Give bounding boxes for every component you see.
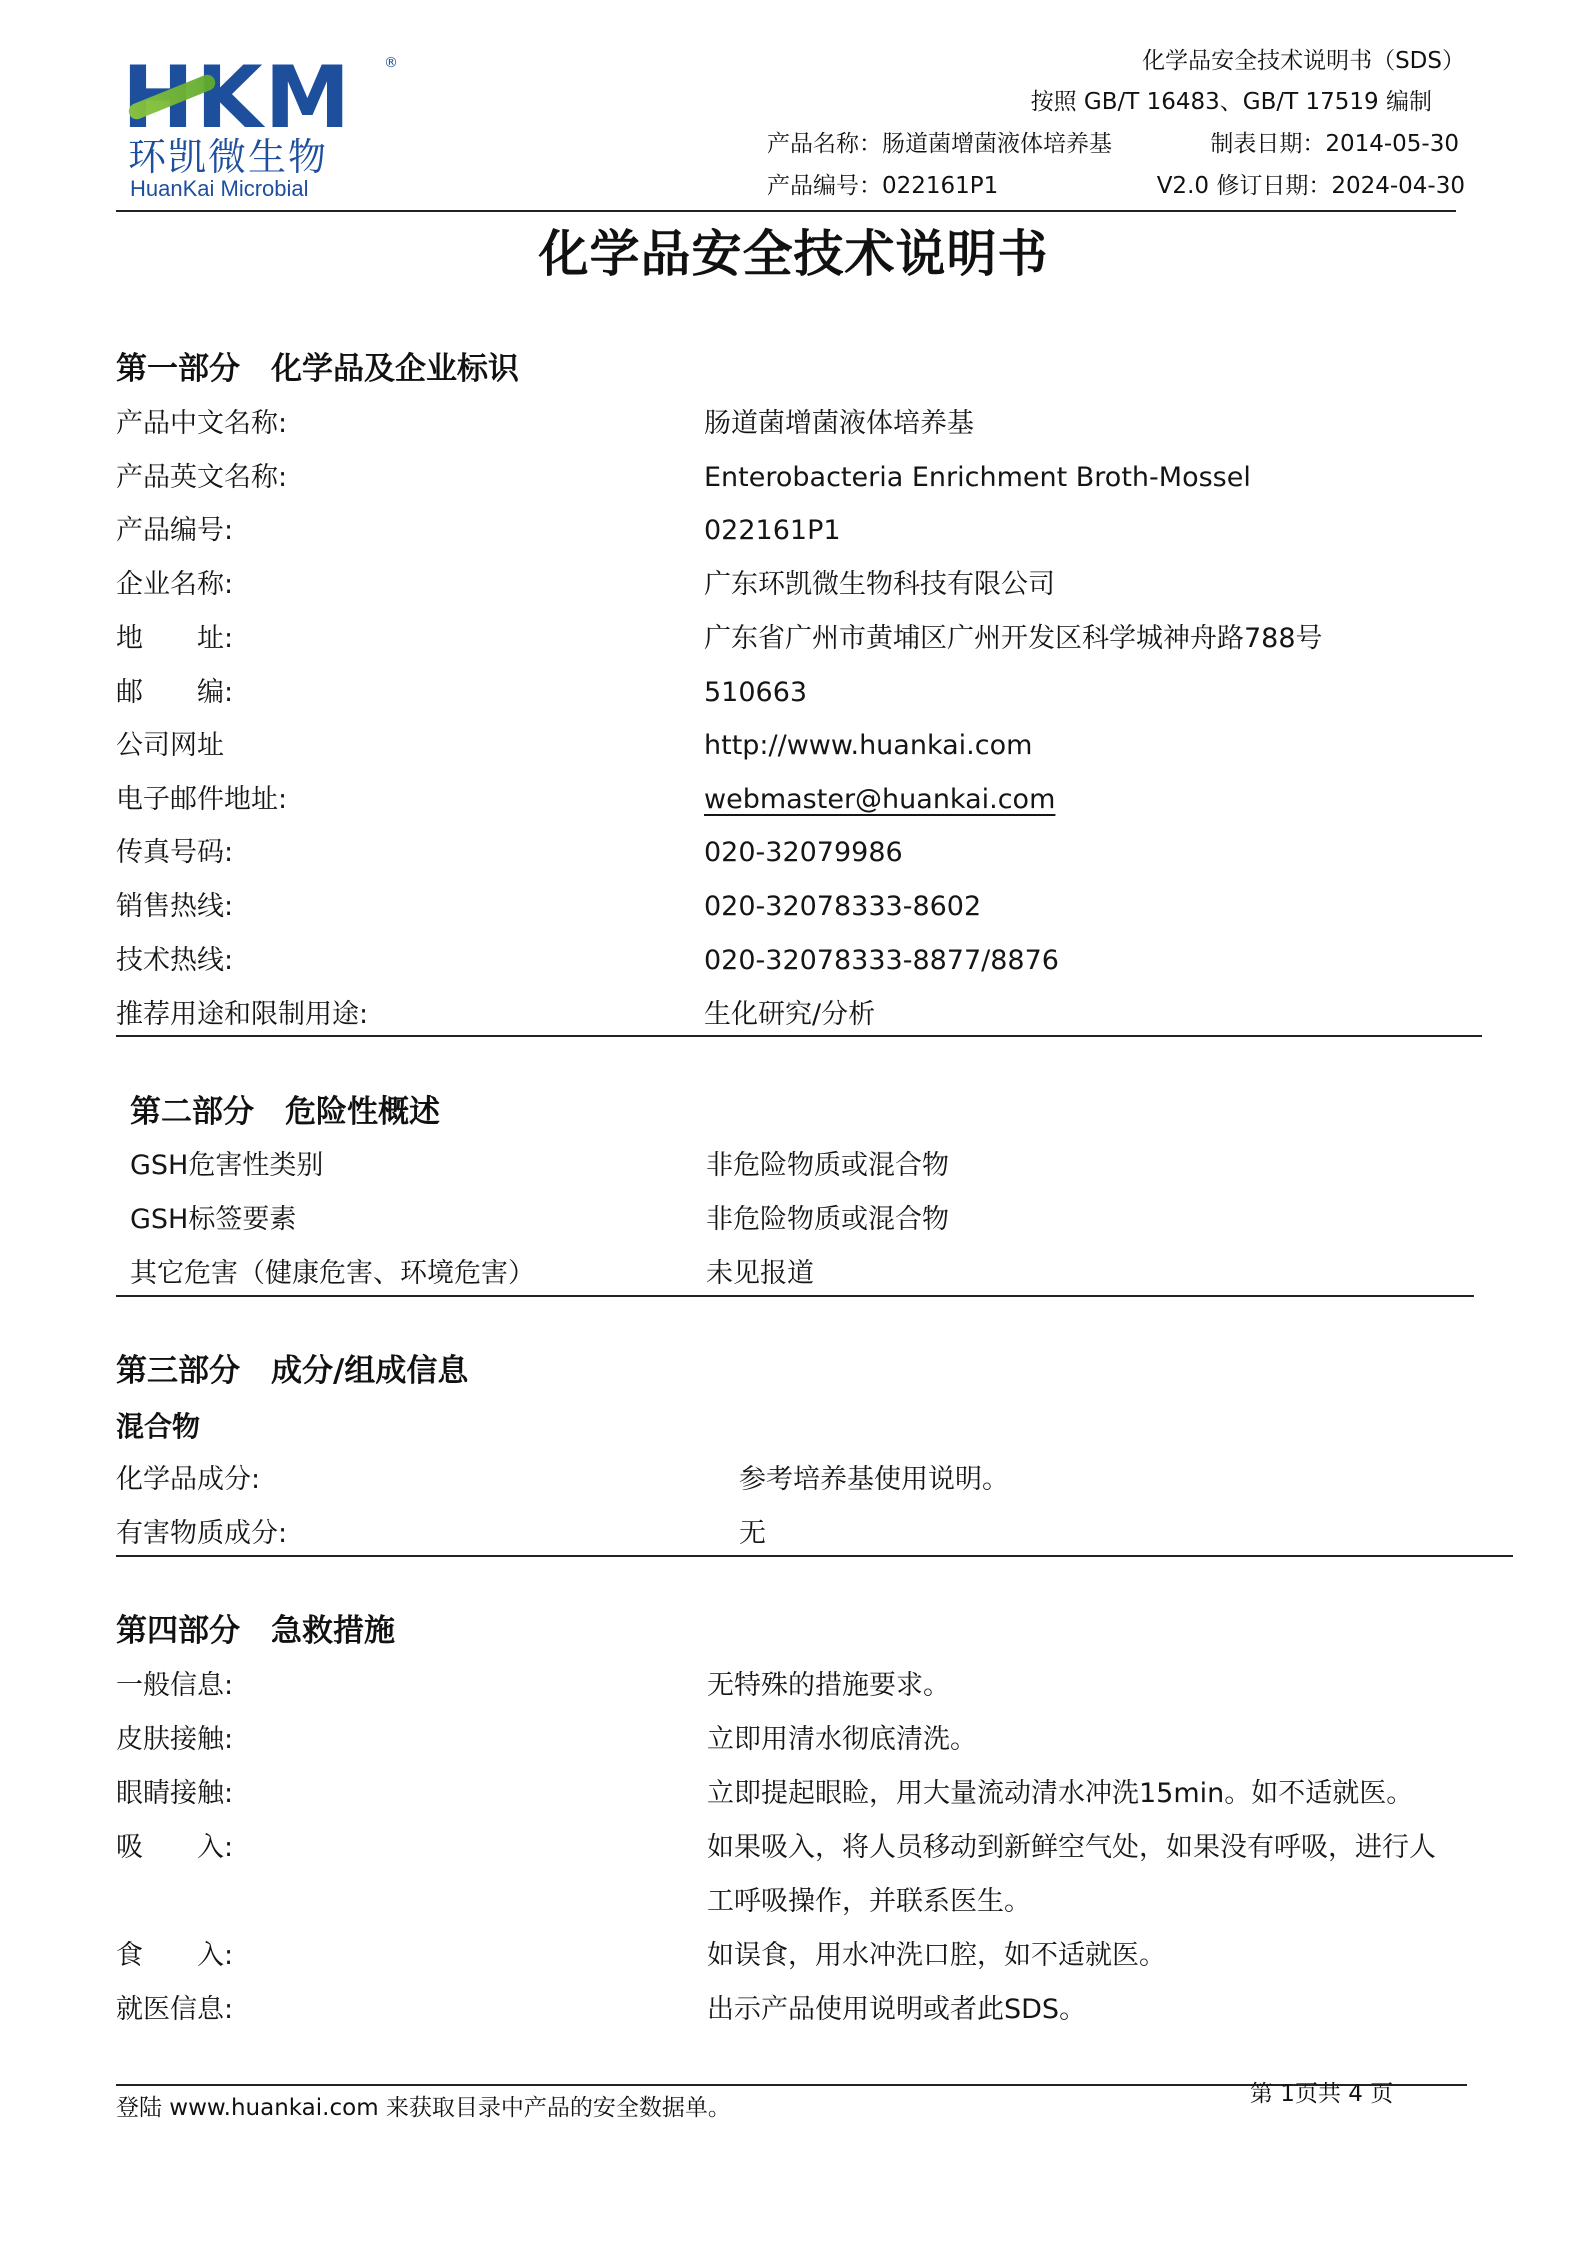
- row-label: 公司网址: [116, 728, 224, 764]
- row-label: 其它危害（健康危害、环境危害）: [130, 1256, 535, 1292]
- row-label: 皮肤接触:: [116, 1722, 233, 1758]
- row-value-continued: 工呼吸操作，并联系医生。: [707, 1884, 1031, 1920]
- row-label: 推荐用途和限制用途:: [116, 997, 368, 1033]
- header-revision: V2.0 修订日期：2024-04-30: [1157, 172, 1465, 200]
- row-label: 就医信息:: [116, 1992, 233, 2028]
- row-value: 未见报道: [706, 1256, 814, 1292]
- row-value: 022161P1: [704, 513, 841, 549]
- footer-note: 登陆 www.huankai.com 来获取目录中产品的安全数据单。: [116, 2094, 731, 2122]
- row-label: 企业名称:: [116, 567, 233, 603]
- row-label: 有害物质成分:: [116, 1516, 287, 1552]
- row-label: 销售热线:: [116, 889, 233, 925]
- logo-name-en: HuanKai Microbial: [130, 177, 309, 201]
- email-link[interactable]: webmaster@huankai.com: [704, 782, 1055, 818]
- section3-subheading: 混合物: [116, 1409, 200, 1445]
- row-value: 广东省广州市黄埔区广州开发区科学城神舟路788号: [704, 621, 1323, 657]
- section4-heading: 第四部分 急救措施: [116, 1611, 395, 1651]
- row-value: 出示产品使用说明或者此SDS。: [707, 1992, 1086, 2028]
- standard-reference: 按照 GB/T 16483、GB/T 17519 编制: [1031, 88, 1432, 116]
- row-value: 广东环凯微生物科技有限公司: [704, 567, 1055, 603]
- row-value: 020-32078333-8602: [704, 889, 981, 925]
- header-divider: [116, 210, 1456, 212]
- row-label: 地 址:: [116, 621, 233, 657]
- row-label: 眼睛接触:: [116, 1776, 233, 1812]
- section2-divider: [116, 1295, 1474, 1297]
- page-number: 第 1页共 4 页: [1250, 2080, 1393, 2108]
- row-value: 无: [739, 1516, 766, 1552]
- row-value: 生化研究/分析: [704, 997, 875, 1033]
- row-value: 020-32078333-8877/8876: [704, 943, 1059, 979]
- logo-name-cn: 环凯微生物: [128, 137, 328, 177]
- row-value: 参考培养基使用说明。: [739, 1462, 1009, 1498]
- row-value: 如果吸入，将人员移动到新鲜空气处，如果没有呼吸，进行人: [707, 1830, 1436, 1866]
- section1-divider: [116, 1035, 1482, 1037]
- row-label: 食 入:: [116, 1938, 233, 1974]
- row-value: 020-32079986: [704, 835, 903, 871]
- row-label: 邮 编:: [116, 675, 233, 711]
- row-label: 产品英文名称:: [116, 460, 287, 496]
- registered-mark: ®: [384, 55, 398, 71]
- section3-divider: [116, 1555, 1513, 1557]
- section1-heading: 第一部分 化学品及企业标识: [116, 349, 519, 389]
- row-value: 无特殊的措施要求。: [707, 1668, 950, 1704]
- row-value: 非危险物质或混合物: [706, 1202, 949, 1238]
- section2-heading: 第二部分 危险性概述: [130, 1092, 440, 1132]
- website-link[interactable]: http://www.huankai.com: [704, 728, 1032, 764]
- row-value: 510663: [704, 675, 807, 711]
- row-label: 电子邮件地址:: [116, 782, 287, 818]
- row-label: 化学品成分:: [116, 1462, 260, 1498]
- row-value: 如误食，用水冲洗口腔，如不适就医。: [707, 1938, 1166, 1974]
- page-title: 化学品安全技术说明书: [0, 224, 1587, 284]
- row-value: Enterobacteria Enrichment Broth-Mossel: [704, 460, 1251, 496]
- row-label: 产品中文名称:: [116, 406, 287, 442]
- row-label: 技术热线:: [116, 943, 233, 979]
- header-product-name: 产品名称：肠道菌增菌液体培养基: [767, 130, 1112, 158]
- doc-type: 化学品安全技术说明书（SDS）: [1142, 47, 1465, 75]
- row-value: 立即提起眼睑，用大量流动清水冲洗15min。如不适就医。: [707, 1776, 1413, 1812]
- row-label: 传真号码:: [116, 835, 233, 871]
- row-value: 非危险物质或混合物: [706, 1148, 949, 1184]
- row-value: 立即用清水彻底清洗。: [707, 1722, 977, 1758]
- row-label: GSH标签要素: [130, 1202, 296, 1238]
- header-product-code: 产品编号：022161P1: [767, 172, 998, 200]
- company-logo: HKM ® 环凯微生物 HuanKai Microbial: [122, 55, 402, 205]
- row-value: 肠道菌增菌液体培养基: [704, 406, 974, 442]
- section3-heading: 第三部分 成分/组成信息: [116, 1351, 468, 1391]
- row-label: 产品编号:: [116, 513, 233, 549]
- row-label: 一般信息:: [116, 1668, 233, 1704]
- row-label: GSH危害性类别: [130, 1148, 323, 1184]
- row-label: 吸 入:: [116, 1830, 233, 1866]
- header-created-date: 制表日期：2014-05-30: [1210, 130, 1459, 158]
